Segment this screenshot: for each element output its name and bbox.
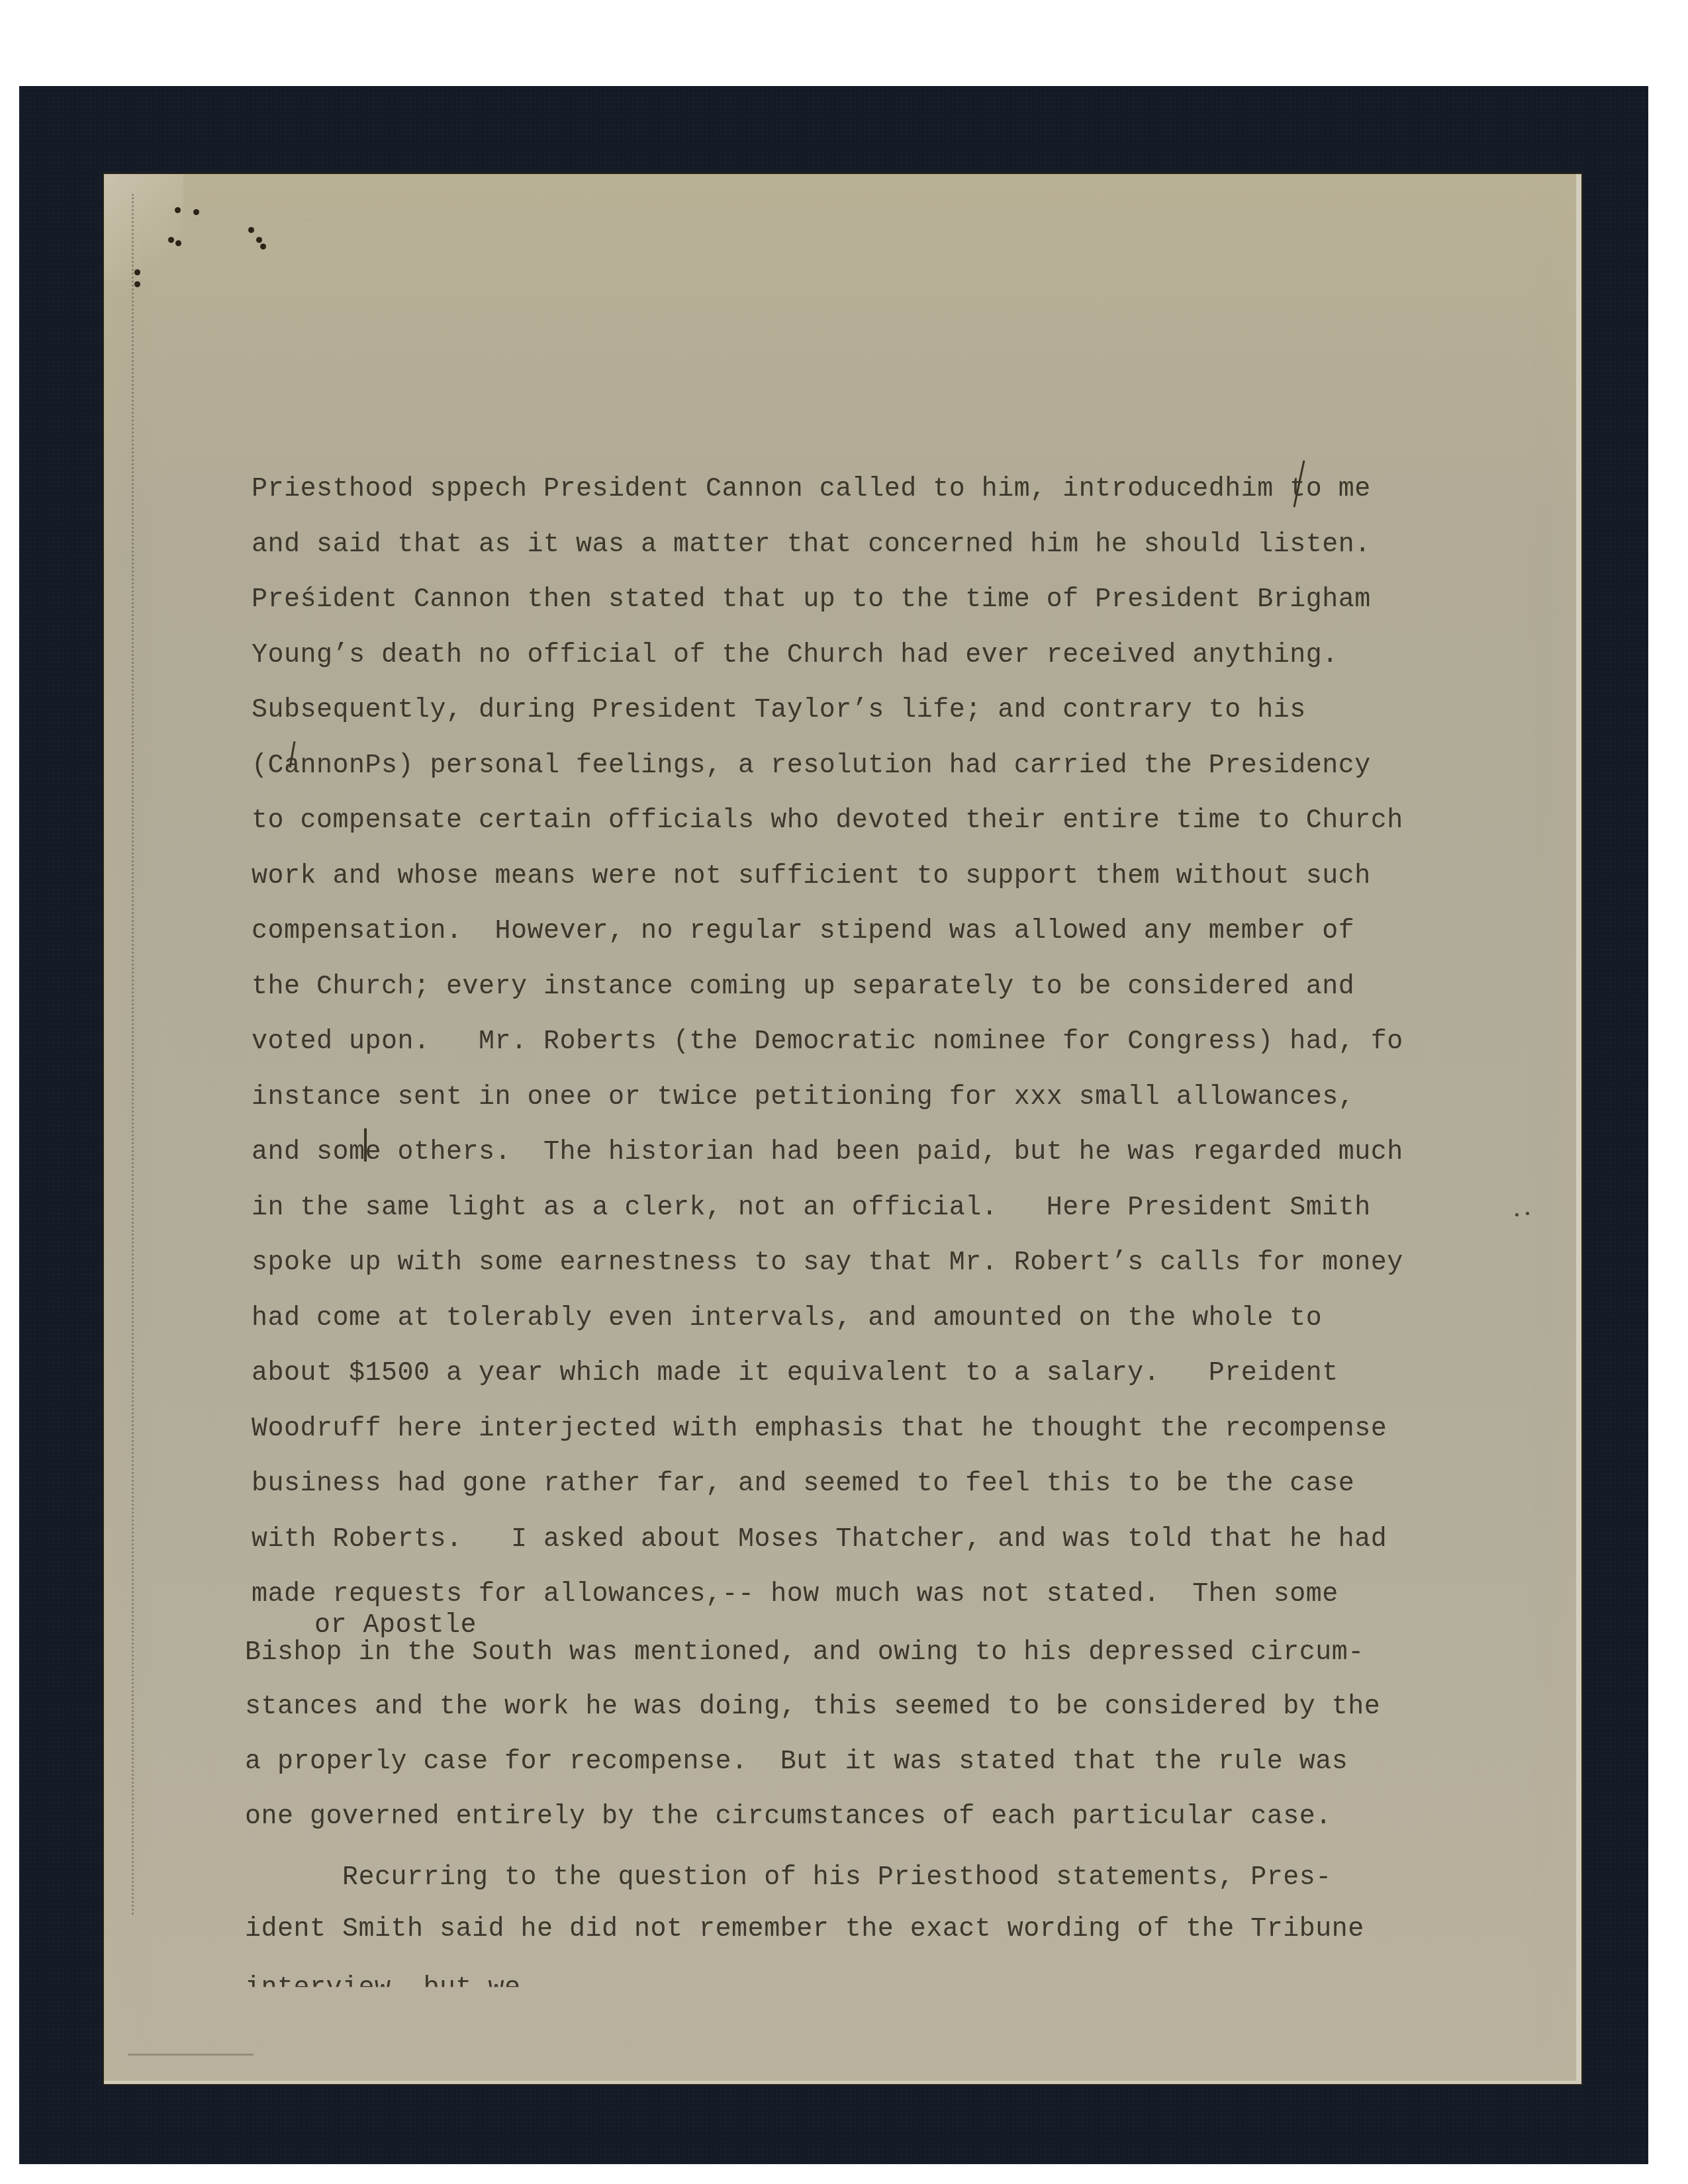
pinhole-mark: [193, 209, 199, 215]
pinhole-mark: [134, 281, 140, 287]
pinhole-mark: [248, 227, 254, 233]
text-line: the Church; every instance coming up sep…: [252, 974, 1354, 1006]
text-line: Bishop in the South was mentioned, and o…: [245, 1640, 1364, 1672]
handwritten-correction-mark: [364, 1128, 367, 1161]
text-line: stances and the work he was doing, this …: [245, 1694, 1380, 1726]
document-page: [104, 174, 1581, 2084]
text-line: Preśident Cannon then stated that up to …: [252, 587, 1371, 619]
text-line: and said that as it was a matter that co…: [252, 532, 1371, 564]
text-line: work and whose means were not sufficient…: [252, 864, 1371, 895]
pinhole-mark: [256, 237, 262, 243]
text-line: business had gone rather far, and seemed…: [252, 1471, 1354, 1503]
page-edge-bottom: [104, 2081, 1581, 2084]
pinhole-mark: [175, 207, 181, 213]
text-line: voted upon. Mr. Roberts (the Democratic …: [252, 1029, 1403, 1061]
text-line: spoke up with some earnestness to say th…: [252, 1250, 1403, 1282]
speck-mark: [1515, 1213, 1519, 1216]
text-line: compensation. However, no regular stipen…: [252, 919, 1354, 950]
text-line: had come at tolerably even intervals, an…: [252, 1306, 1322, 1338]
text-line: with Roberts. I asked about Moses Thatch…: [252, 1527, 1387, 1559]
text-line: about $1500 a year which made it equival…: [252, 1361, 1338, 1392]
text-line: Young’s death no official of the Church …: [252, 643, 1338, 674]
pinhole-mark: [134, 269, 140, 275]
text-line: Priesthood sppech President Cannon calle…: [252, 477, 1371, 508]
pinhole-mark: [175, 240, 181, 246]
text-line: to compensate certain officials who devo…: [252, 808, 1403, 840]
speck-mark: [1526, 1212, 1529, 1215]
text-line: made requests for allowances,-- how much…: [252, 1582, 1338, 1614]
text-line: Woodruff here interjected with emphasis …: [252, 1416, 1387, 1448]
text-line: Recurring to the question of his Priesth…: [245, 1865, 1332, 1897]
text-line: one governed entirely by the circumstanc…: [245, 1804, 1332, 1836]
pinhole-mark: [168, 237, 174, 243]
page-edge-right: [1576, 174, 1581, 2084]
text-line: instance sent in onee or twice petitioni…: [252, 1085, 1354, 1116]
text-line: a properly case for recompense. But it w…: [245, 1749, 1348, 1781]
text-line: Subsequently, during President Taylor’s …: [252, 698, 1306, 729]
margin-rule-mark: [128, 2054, 254, 2056]
pinhole-mark: [260, 244, 266, 250]
text-line: ident Smith said he did not remember the…: [245, 1917, 1364, 1948]
interlinear-insertion: or Apostle: [314, 1611, 477, 1641]
binding-margin-marks: [132, 194, 140, 1915]
text-line: in the same light as a clerk, not an off…: [252, 1195, 1371, 1227]
text-line: (CannonPs) personal feelings, a resoluti…: [252, 753, 1371, 785]
text-line: and some others. The historian had been …: [252, 1140, 1403, 1171]
